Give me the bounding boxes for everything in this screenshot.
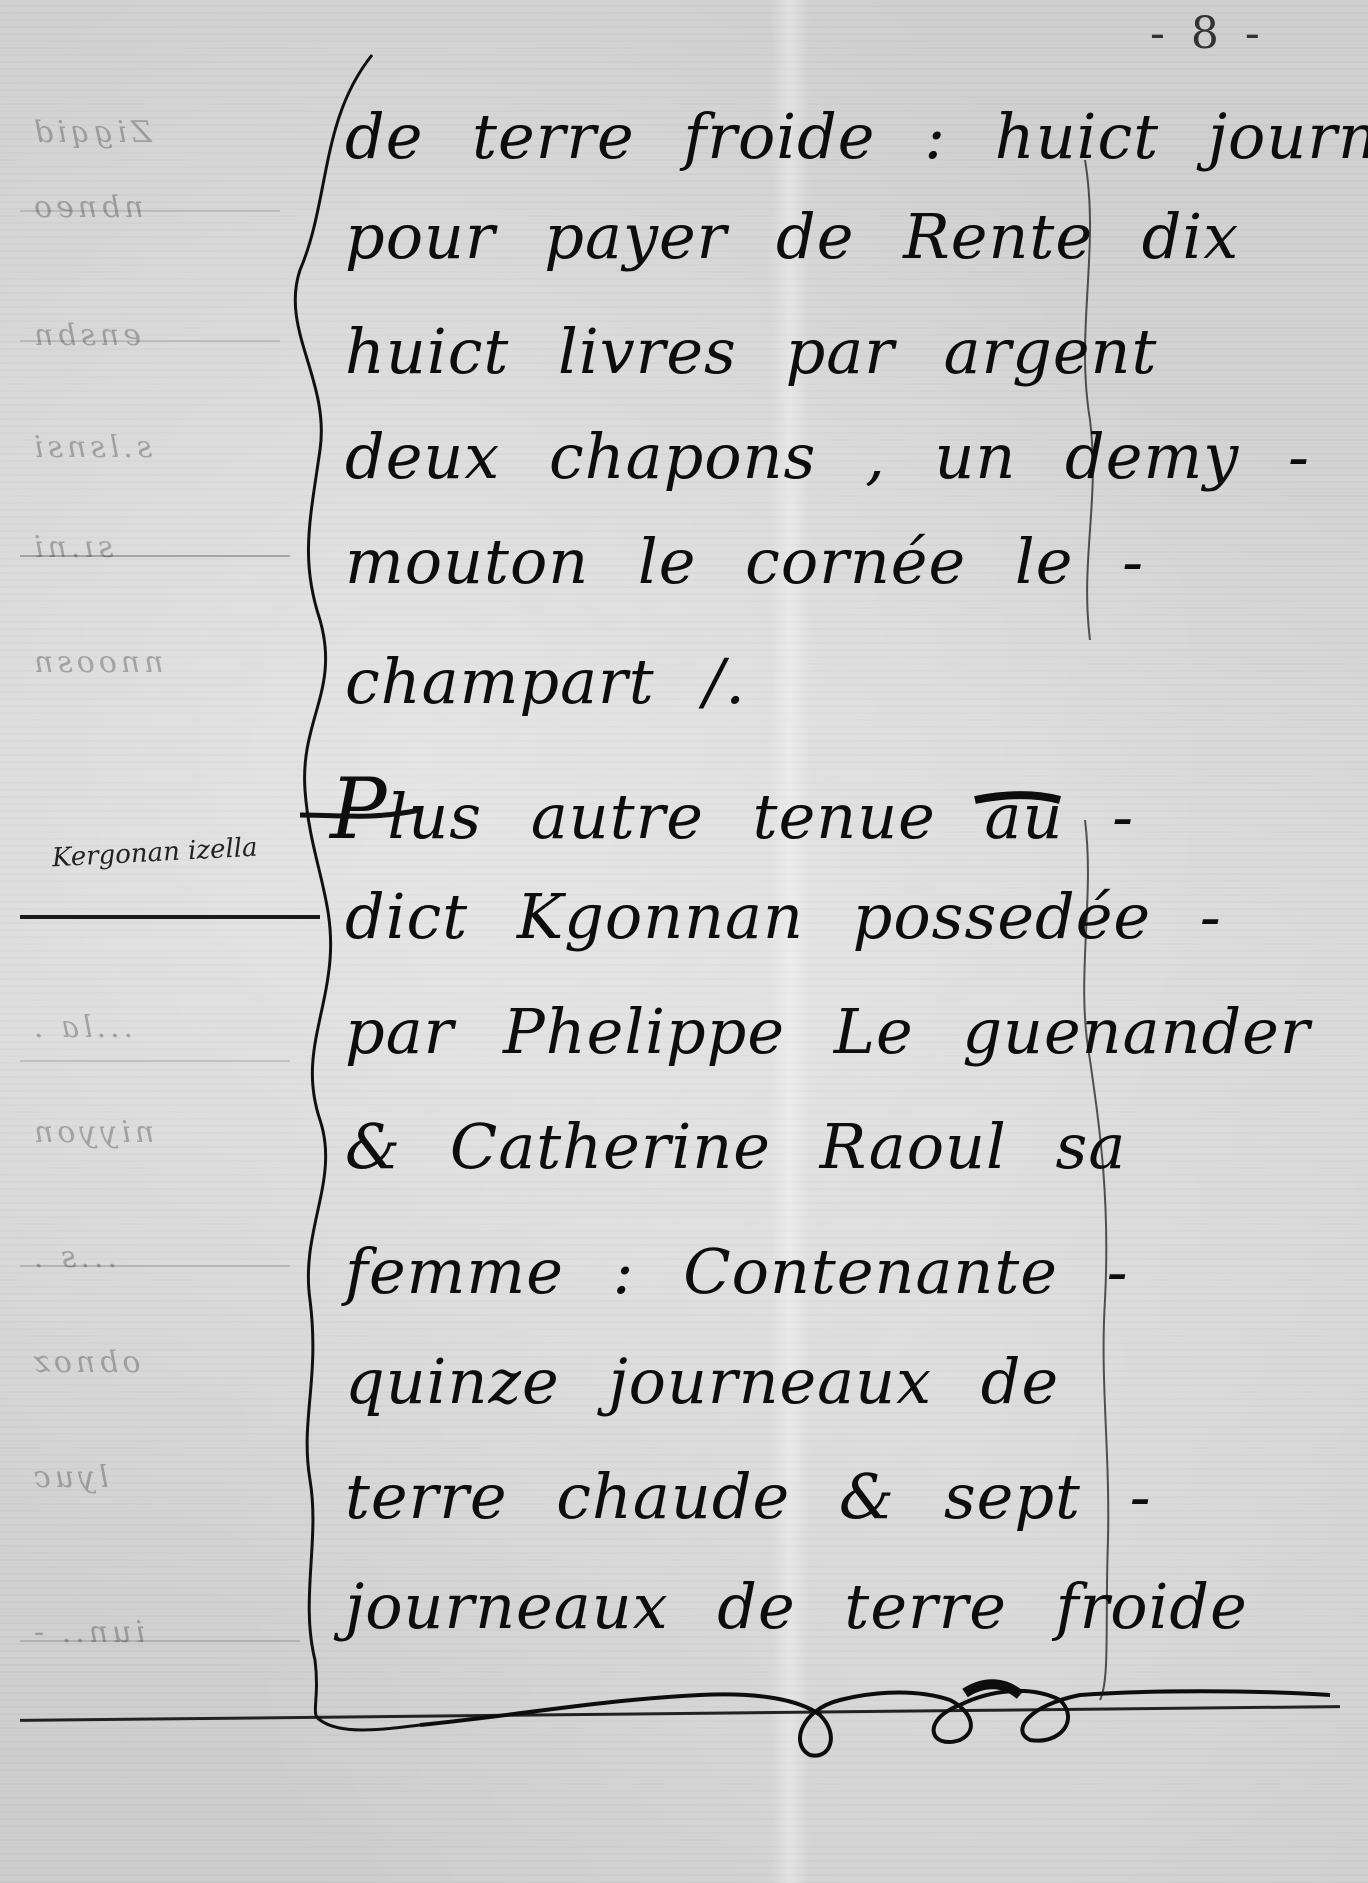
bleed-through-text: obnoz <box>30 1345 140 1380</box>
text-line: de terre froide : huict journaux <box>345 100 1368 173</box>
bleed-through-text: niyyon <box>30 1115 154 1150</box>
bleed-through-text: ensbn <box>30 318 141 353</box>
text-line: pour payer de Rente dix <box>345 200 1239 273</box>
text-line: journeaux de terre froide <box>345 1570 1248 1643</box>
text-line: quinze journeaux de <box>345 1345 1059 1418</box>
bleed-through-text: ...s . <box>30 1240 117 1275</box>
bleed-through-text: lyuc <box>30 1460 109 1495</box>
bleed-through-text: s.lsnsi <box>30 430 152 465</box>
text-line: champart /. <box>345 645 746 718</box>
text-line: terre chaude & sept - <box>345 1460 1152 1533</box>
text-line: deux chapons , un demy - <box>345 420 1310 493</box>
manuscript-page: Zigqid nbneo ensbn s.lsnsi sı.ni nnoosn … <box>0 0 1368 1883</box>
text-line: dict Kgonnan possedée - <box>345 880 1222 953</box>
text-line: Plus autre tenue au - <box>330 760 1134 858</box>
page-number: - 8 - <box>1150 8 1266 59</box>
bleed-through-text: sı.ni <box>30 530 113 565</box>
bleed-through-text: Zigqid <box>30 115 152 150</box>
text-line: femme : Contenante - <box>345 1235 1129 1308</box>
text-line: huict livres par argent <box>345 315 1157 388</box>
bleed-through-text: nnoosn <box>30 645 163 680</box>
bleed-through-text: nbneo <box>30 190 144 225</box>
bleed-through-text: ...la . <box>30 1010 133 1045</box>
text-line: mouton le cornée le - <box>345 525 1144 598</box>
margin-rule <box>20 915 320 919</box>
bleed-through-text: iun.. - <box>30 1615 145 1650</box>
text-line: & Catherine Raoul sa <box>345 1110 1126 1183</box>
margin-rule <box>20 1705 1340 1722</box>
margin-rule <box>20 1060 290 1062</box>
margin-annotation: Kergonan izella <box>51 833 258 874</box>
text-line: par Phelippe Le guenander <box>345 995 1311 1068</box>
